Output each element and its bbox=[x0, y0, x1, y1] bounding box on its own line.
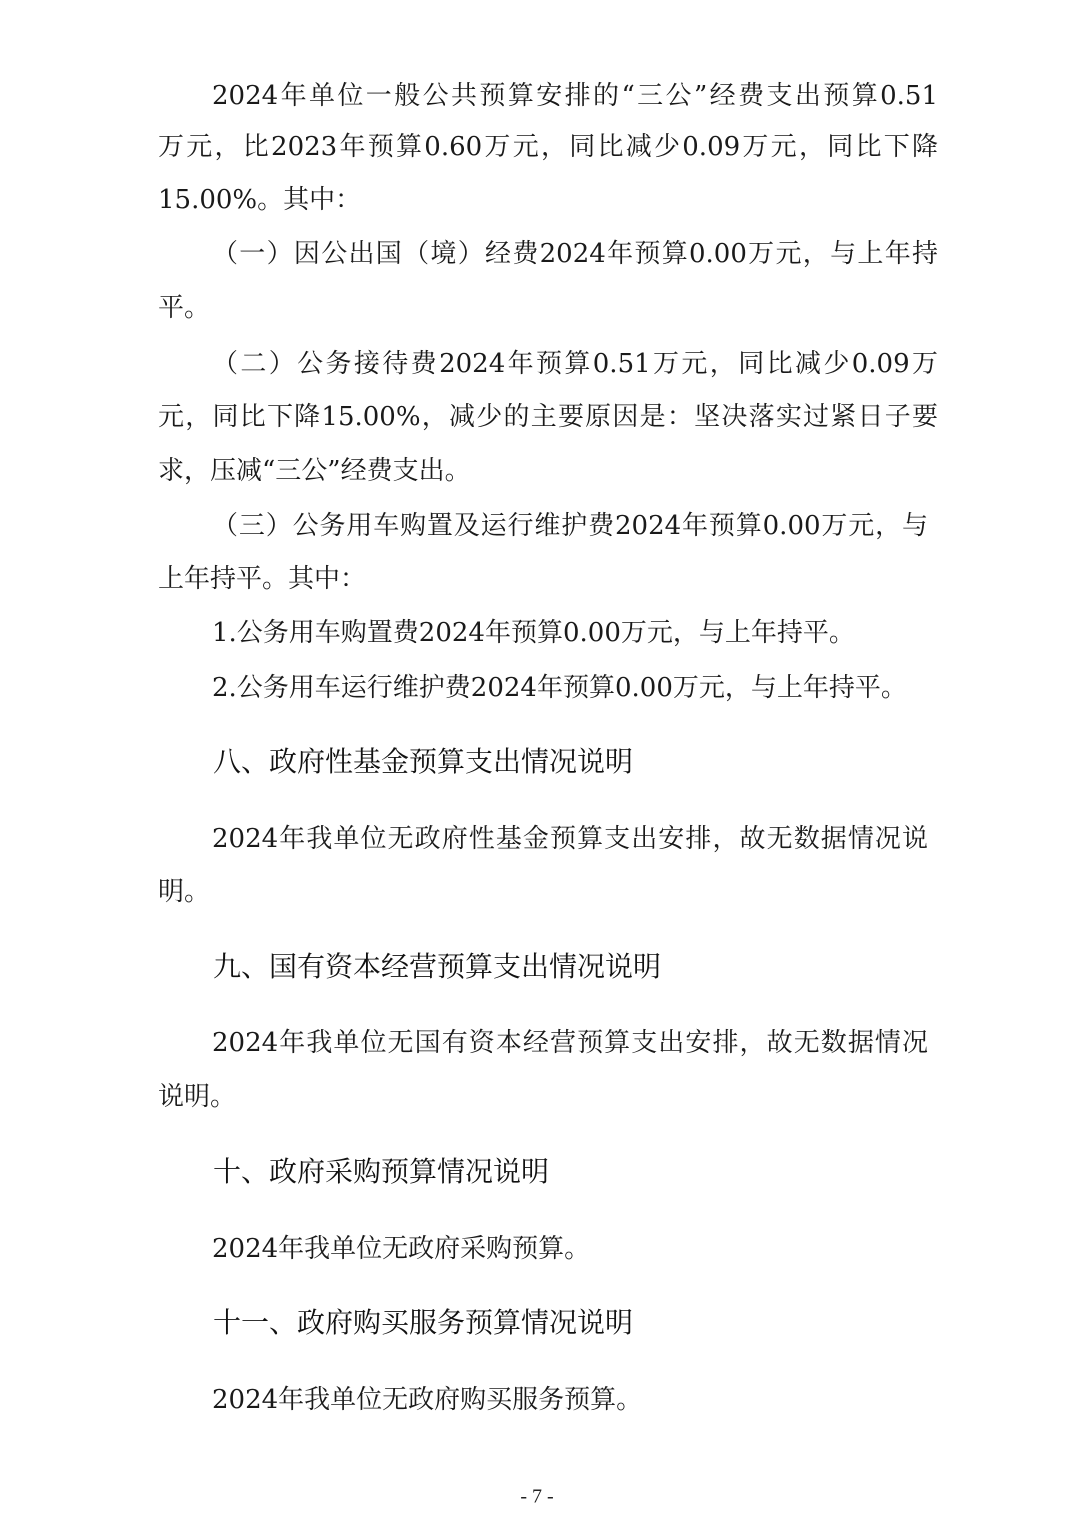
paragraph-reception-line-1: （二）公务接待费2024年预算0.51万元，同比减少0.09万 bbox=[212, 348, 938, 380]
section-heading-10: 十、政府采购预算情况说明 bbox=[213, 1155, 549, 1189]
paragraph-state-capital-line-1: 2024年我单位无国有资本经营预算支出安排，故无数据情况 bbox=[212, 1027, 928, 1059]
paragraph-sangong-summary-line-3: 15.00%。其中： bbox=[158, 184, 361, 216]
paragraph-vehicle-line-1: （三）公务用车购置及运行维护费2024年预算0.00万元，与 bbox=[212, 510, 928, 542]
paragraph-vehicle-purchase: 1.公务用车购置费2024年预算0.00万元，与上年持平。 bbox=[212, 617, 855, 649]
section-heading-8: 八、政府性基金预算支出情况说明 bbox=[213, 745, 633, 779]
paragraph-vehicle-line-2: 上年持平。其中： bbox=[158, 563, 366, 595]
paragraph-gov-fund-line-1: 2024年我单位无政府性基金预算支出安排，故无数据情况说 bbox=[212, 823, 928, 855]
paragraph-reception-line-3: 求，压减“三公”经费支出。 bbox=[158, 455, 471, 487]
paragraph-overseas-travel-line-2: 平。 bbox=[158, 292, 210, 324]
paragraph-state-capital-line-2: 说明。 bbox=[158, 1081, 236, 1113]
section-heading-11: 十一、政府购买服务预算情况说明 bbox=[213, 1306, 633, 1340]
paragraph-sangong-summary-line-2: 万元，比2023年预算0.60万元，同比减少0.09万元，同比下降 bbox=[158, 131, 938, 163]
paragraph-sangong-summary-line-1: 2024年单位一般公共预算安排的“三公”经费支出预算0.51 bbox=[212, 80, 938, 112]
paragraph-service-purchase: 2024年我单位无政府购买服务预算。 bbox=[212, 1384, 642, 1416]
paragraph-reception-line-2: 元，同比下降15.00%，减少的主要原因是：坚决落实过紧日子要 bbox=[158, 401, 938, 433]
page-number: - 7 - bbox=[0, 1486, 1074, 1509]
section-heading-9: 九、国有资本经营预算支出情况说明 bbox=[213, 950, 661, 984]
document-page: 2024年单位一般公共预算安排的“三公”经费支出预算0.51 万元，比2023年… bbox=[0, 0, 1074, 1520]
paragraph-overseas-travel-line-1: （一）因公出国（境）经费2024年预算0.00万元，与上年持 bbox=[212, 238, 938, 270]
paragraph-vehicle-maintenance: 2.公务用车运行维护费2024年预算0.00万元，与上年持平。 bbox=[212, 672, 907, 704]
paragraph-gov-fund-line-2: 明。 bbox=[158, 876, 210, 908]
paragraph-procurement: 2024年我单位无政府采购预算。 bbox=[212, 1233, 590, 1265]
